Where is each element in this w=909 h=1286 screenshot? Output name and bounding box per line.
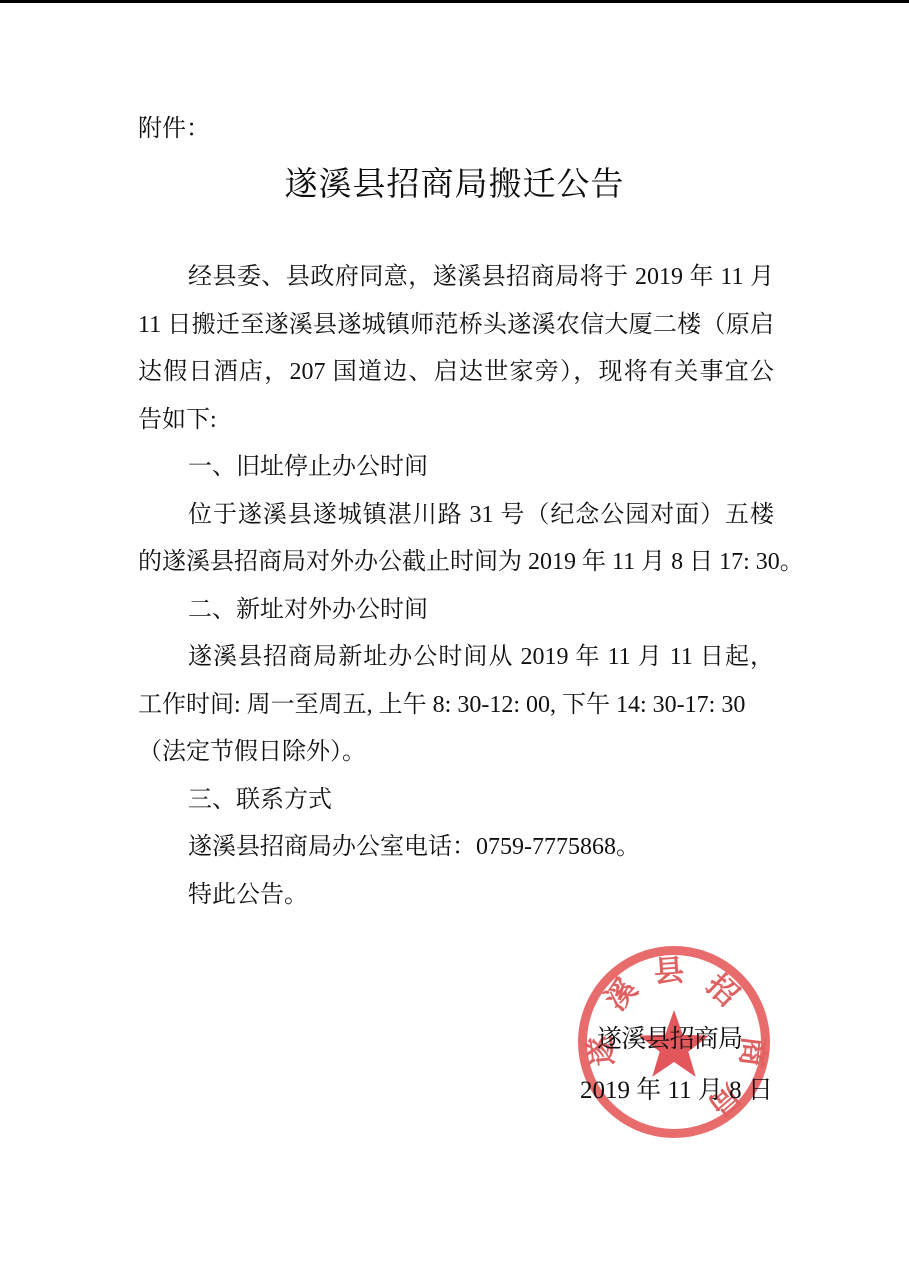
signature-org: 遂溪县招商局 — [597, 1019, 742, 1055]
attachment-label: 附件： — [138, 114, 210, 144]
signature-date: 2019 年 11 月 8 日 — [580, 1070, 773, 1106]
body-line: 二、新址对外办公时间 — [138, 587, 774, 635]
seal-glyph: 县 — [650, 953, 688, 991]
body-line: 告如下: — [138, 397, 774, 445]
page-top-border — [0, 0, 909, 3]
body-line: 工作时间: 周一至周五, 上午 8: 30-12: 00, 下午 14: 30-… — [138, 682, 774, 730]
body-line: 一、旧址停止办公时间 — [138, 444, 774, 492]
body-line: 遂溪县招商局新址办公时间从 2019 年 11 月 11 日起， — [138, 634, 774, 682]
body-line: 的遂溪县招商局对外办公截止时间为 2019 年 11 月 8 日 17: 30。 — [138, 539, 774, 587]
document-body: 经县委、县政府同意，遂溪县招商局将于 2019 年 11 月11 日搬迁至遂溪县… — [138, 254, 774, 919]
body-line: 11 日搬迁至遂溪县遂城镇师范桥头遂溪农信大厦二楼（原启 — [138, 302, 774, 350]
page-title: 遂溪县招商局搬迁公告 — [0, 158, 909, 205]
body-line: 经县委、县政府同意，遂溪县招商局将于 2019 年 11 月 — [138, 254, 774, 302]
document-page: 附件： 遂溪县招商局搬迁公告 经县委、县政府同意，遂溪县招商局将于 2019 年… — [0, 0, 909, 1286]
body-line: （法定节假日除外）。 — [138, 729, 774, 777]
body-line: 特此公告。 — [138, 872, 774, 920]
body-line: 遂溪县招商局办公室电话：0759-7775868。 — [138, 824, 774, 872]
body-line: 三、联系方式 — [138, 777, 774, 825]
body-line: 位于遂溪县遂城镇湛川路 31 号（纪念公园对面）五楼 — [138, 492, 774, 540]
body-line: 达假日酒店，207 国道边、启达世家旁），现将有关事宜公 — [138, 349, 774, 397]
